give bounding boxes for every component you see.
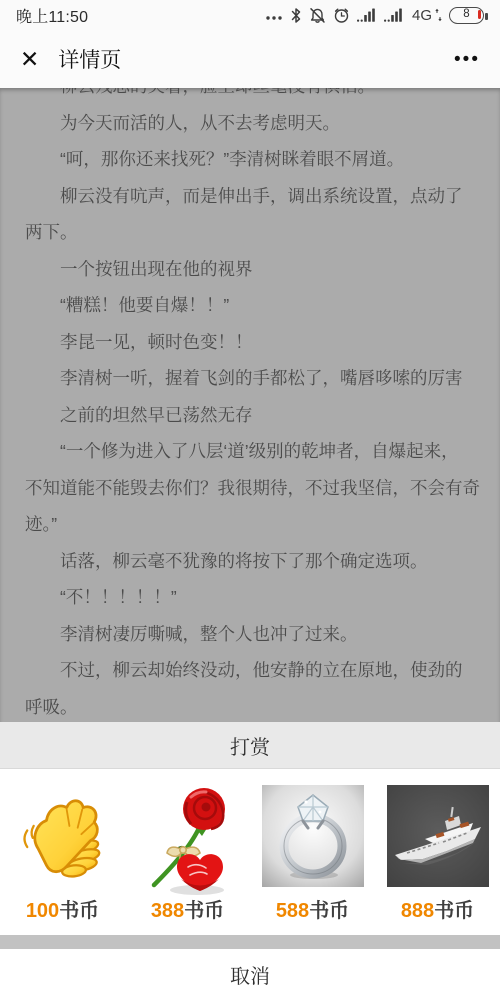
cancel-button[interactable]: 取消 [0,949,500,1000]
battery-level: 8 [463,9,469,21]
gift-option-ring[interactable]: 588书币 [250,784,375,935]
novel-text-line: 李清树一听，握着飞剑的手都松了，嘴唇哆嗦的厉害 [25,360,475,397]
gift-price-label: 388书币 [151,899,224,923]
novel-text-line: 两下。 [25,214,475,251]
battery-low-indicator [478,10,482,19]
novel-text-line: 不知道能不能毁去你们？我很期待，不过我坚信，不会有奇 [25,470,475,507]
status-icons: 4G 8 [265,7,488,24]
network-type-label: 4G [412,7,432,24]
novel-text-block: 柳云残忍的笑着，脸上却丝毫没有惧怕。 为今天而活的人，从不去考虑明天。 “呵，那… [25,88,475,722]
page-title: 详情页 [58,44,121,74]
novel-text-line: 李昆一见，顿时色变！！ [25,324,475,361]
novel-text-line: “糟糕！他要自爆！！” [25,287,475,324]
nav-bar: ✕ 详情页 ••• [0,30,500,88]
novel-text-line: 迹。” [25,506,475,543]
novel-text-line: “一个修为进入了八层‘道’级别的乾坤者，自爆起来， [25,433,475,470]
diamond-ring-icon [262,784,364,888]
gift-options-row: 100书币 [0,769,500,935]
clock-time: 晚上11:50 [16,4,88,27]
novel-text-line: 呼吸。 [25,689,475,723]
gift-option-yacht[interactable]: 888书币 [375,784,500,935]
signal-strength-icon-sim2 [384,7,404,23]
novel-text-line: “不！！！！！” [25,579,475,616]
novel-text-line: 李清树凄厉嘶喊，整个人也冲了过来。 [25,616,475,653]
phone-screen: 晚上11:50 [0,0,500,1000]
battery-icon: 8 [449,7,484,24]
more-dots-icon [265,7,283,23]
signal-strength-icon-sim1 [357,7,377,23]
status-bar: 晚上11:50 [0,0,500,30]
clap-hands-icon [19,784,107,888]
novel-text-line: 柳云残忍的笑着，脸上却丝毫没有惧怕。 [25,88,475,105]
novel-text-line: 话落，柳云毫不犹豫的将按下了那个确定选项。 [25,543,475,580]
mute-bell-icon [309,7,326,24]
gift-option-clap[interactable]: 100书币 [0,784,125,935]
alarm-clock-icon [333,7,350,24]
gift-price-label: 100书币 [26,899,99,923]
yacht-icon [387,784,489,888]
battery-tip [485,13,488,20]
novel-text-line: “呵，那你还来找死？”李清树眯着眼不屑道。 [25,141,475,178]
sheet-divider [0,935,500,949]
novel-content-dimmed: 柳云残忍的笑着，脸上却丝毫没有惧怕。 为今天而活的人，从不去考虑明天。 “呵，那… [0,88,500,722]
gift-option-rose[interactable]: 388书币 [125,784,250,935]
rose-icon [143,784,233,888]
gift-price-label: 588书币 [276,899,349,923]
close-icon[interactable]: ✕ [20,48,39,71]
gift-price-label: 888书币 [401,899,474,923]
novel-text-line: 不过，柳云却始终没动，他安静的立在原地，使劲的 [25,652,475,689]
novel-text-line: 一个按钮出现在他的视界 [25,251,475,288]
novel-text-line: 柳云没有吭声，而是伸出手，调出系统设置，点动了 [25,178,475,215]
data-arrows-icon [435,8,442,22]
novel-text-line: 为今天而活的人，从不去考虑明天。 [25,105,475,142]
reward-sheet: 打赏 [0,722,500,1000]
novel-text-line: 之前的坦然早已荡然无存 [25,397,475,434]
reward-sheet-title: 打赏 [0,722,500,769]
more-menu-icon[interactable]: ••• [454,50,480,69]
bluetooth-icon [290,7,302,24]
